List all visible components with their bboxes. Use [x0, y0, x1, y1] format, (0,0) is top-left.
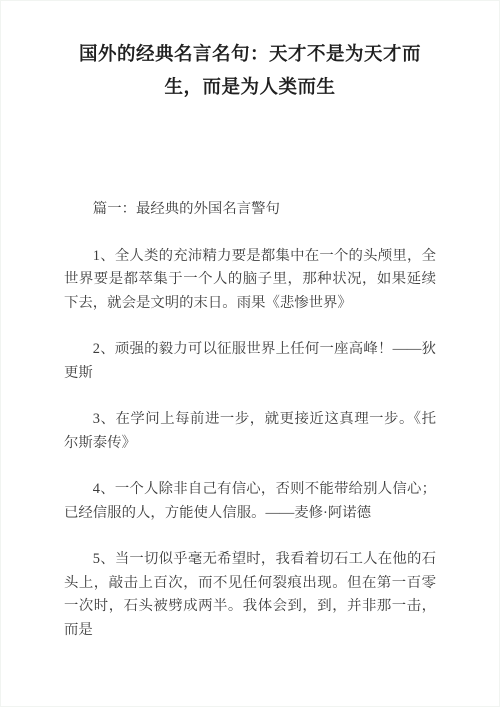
document-title-line-1: 国外的经典名言名句：天才不是为天才而	[64, 38, 436, 71]
document-title-line-2: 生，而是为人类而生	[64, 71, 436, 104]
document-body: 篇一：最经典的外国名言警句 1、全人类的充沛精力要是都集中在一个的头颅里，全世界…	[64, 198, 436, 642]
quote-paragraph-5: 5、当一切似乎毫无希望时，我看着切石工人在他的石头上，敲击上百次，而不见任何裂痕…	[64, 548, 436, 642]
quote-paragraph-1: 1、全人类的充沛精力要是都集中在一个的头颅里，全世界要是都萃集于一个人的脑子里，…	[64, 245, 436, 316]
document-page: 国外的经典名言名句：天才不是为天才而 生，而是为人类而生 篇一：最经典的外国名言…	[0, 0, 500, 707]
document-title: 国外的经典名言名句：天才不是为天才而 生，而是为人类而生	[64, 38, 436, 104]
section-heading: 篇一：最经典的外国名言警句	[64, 198, 436, 222]
quote-paragraph-3: 3、在学问上每前进一步，就更接近这真理一步。《托尔斯泰传》	[64, 408, 436, 455]
quote-paragraph-2: 2、顽强的毅力可以征服世界上任何一座高峰！——狄更斯	[64, 338, 436, 385]
quote-paragraph-4: 4、一个人除非自己有信心，否则不能带给别人信心；已经信服的人，方能使人信服。——…	[64, 478, 436, 525]
